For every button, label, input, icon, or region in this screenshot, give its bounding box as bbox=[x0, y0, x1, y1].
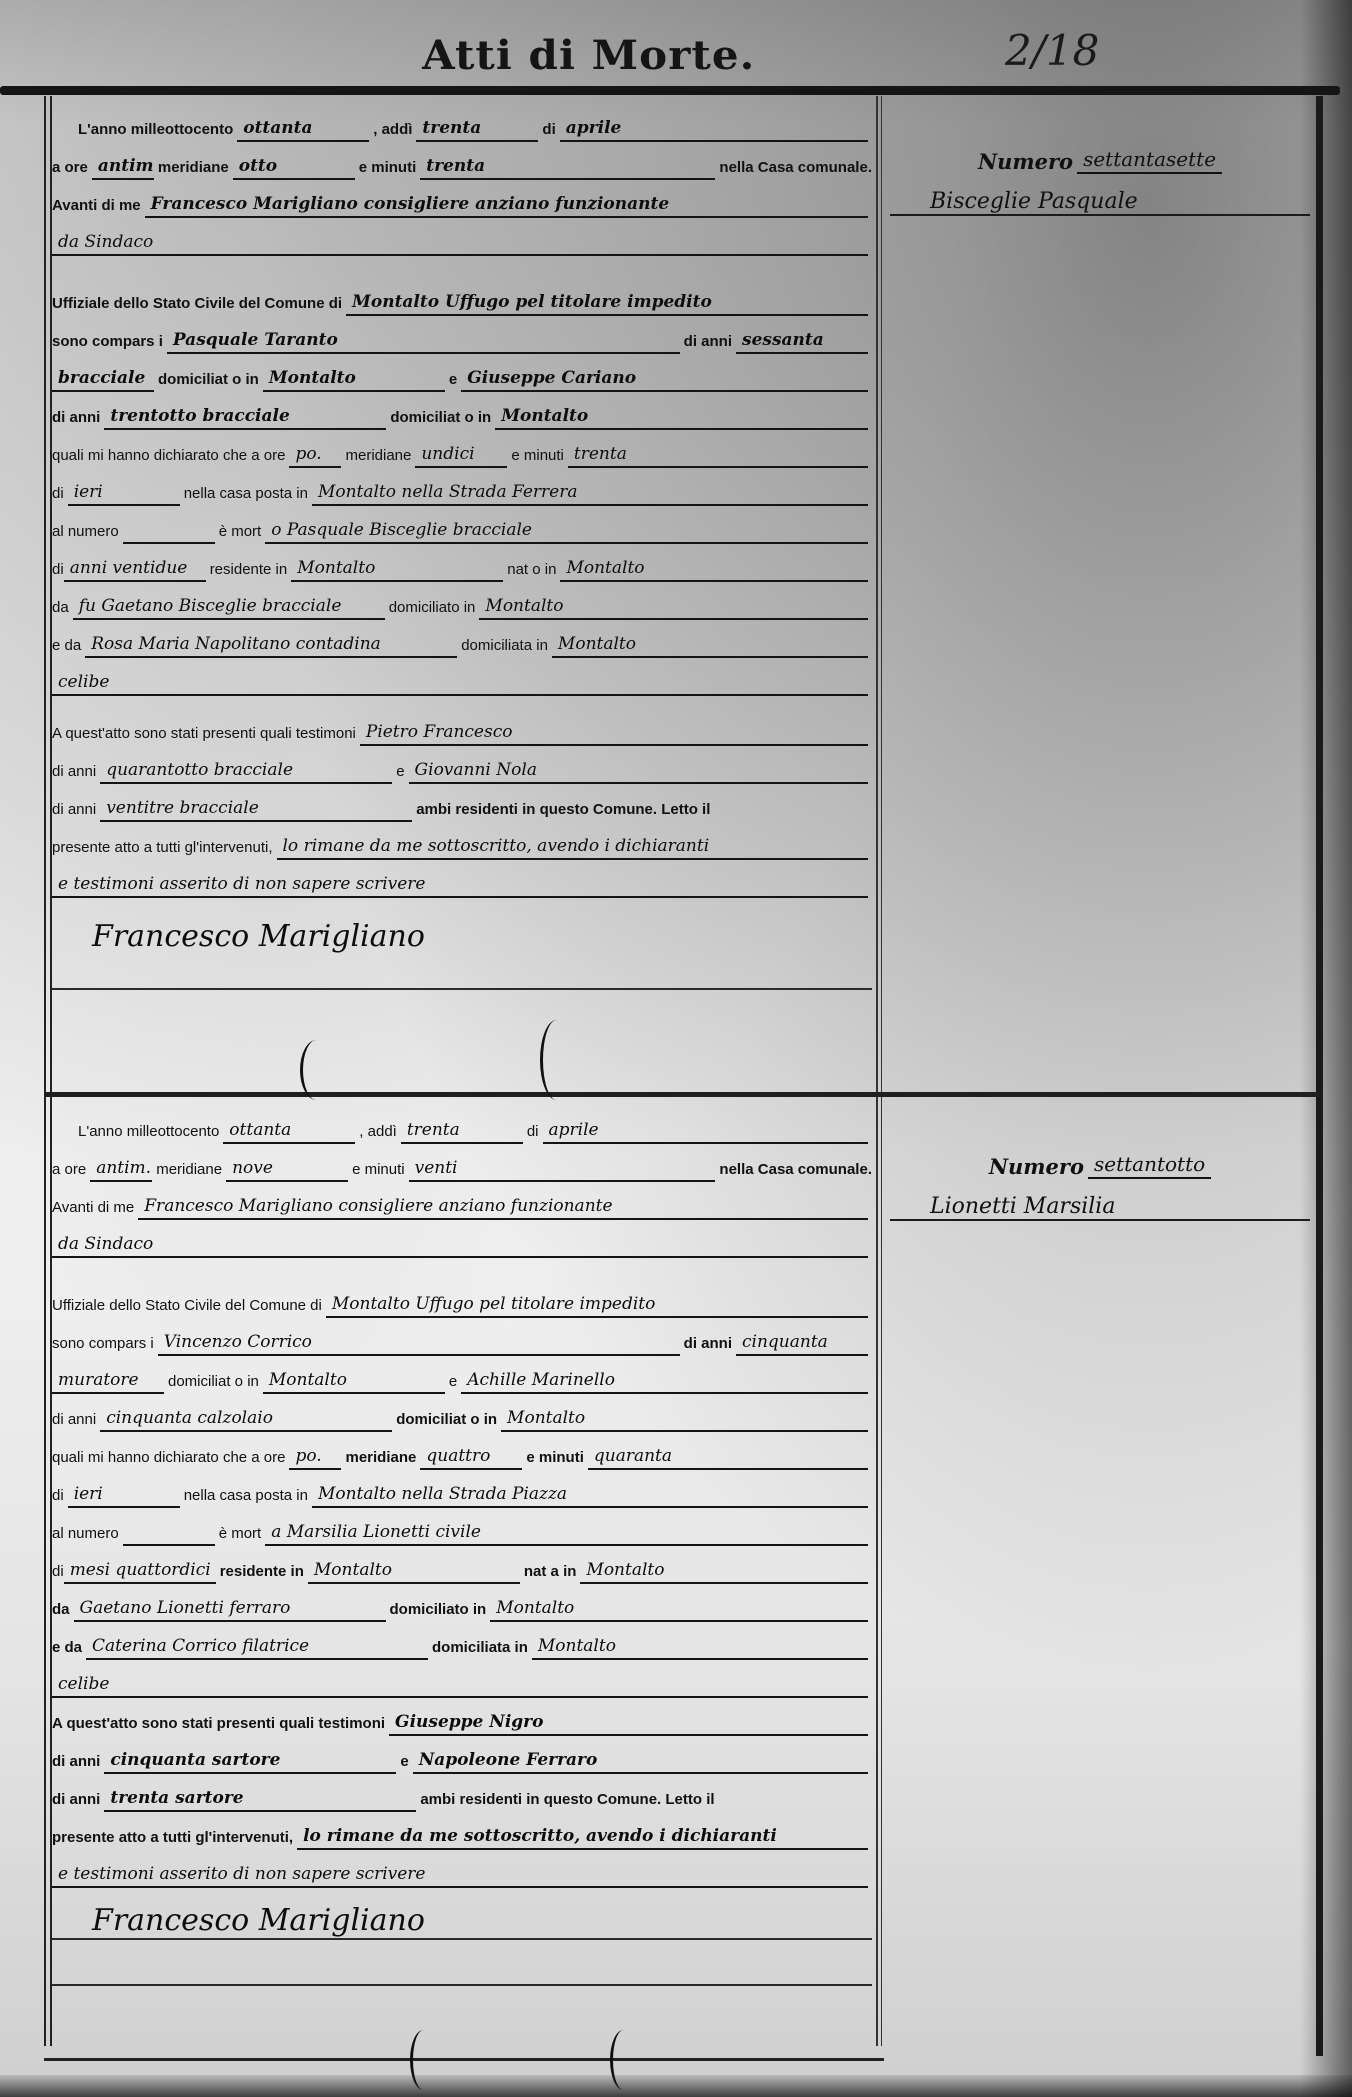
printed-text: domiciliat o in bbox=[396, 1411, 497, 1432]
field-declarant-2: Giuseppe Cariano bbox=[461, 368, 868, 392]
field-declarant-1: Pasquale Taranto bbox=[167, 330, 680, 354]
act-line-civil-status: celibe bbox=[52, 658, 872, 696]
act-line-father: da Gaetano Lionetti ferraro domiciliato … bbox=[52, 1584, 872, 1622]
field-witness-2: Giovanni Nola bbox=[409, 760, 868, 784]
act-line-mother: e da Rosa Maria Napolitano contadina dom… bbox=[52, 620, 872, 658]
printed-text: di anni bbox=[52, 763, 96, 784]
printed-text: di anni bbox=[52, 1791, 100, 1812]
field-declarant-1-occupation: muratore bbox=[52, 1370, 164, 1394]
printed-text: di bbox=[52, 561, 64, 582]
field-witness-2-age: trenta sartore bbox=[104, 1788, 416, 1812]
bottom-rule bbox=[44, 2058, 884, 2061]
field-death-minutes: quaranta bbox=[588, 1446, 868, 1470]
printed-text: Uffiziale dello Stato Civile del Comune … bbox=[52, 1297, 322, 1318]
act-line-officer-cont: da Sindaco bbox=[52, 218, 872, 256]
printed-text: e minuti bbox=[526, 1449, 584, 1470]
printed-text: nat a in bbox=[524, 1563, 577, 1584]
act-line-time: a ore antim. meridiane otto e minuti tre… bbox=[52, 142, 872, 180]
folio-number: 2/18 bbox=[1005, 26, 1099, 75]
act-line-signature: Francesco Marigliano bbox=[52, 1888, 872, 1940]
act-line-deceased-age: di anni ventidue residente in Montalto n… bbox=[52, 544, 872, 582]
field-witness-1: Giuseppe Nigro bbox=[389, 1712, 868, 1736]
printed-text: e minuti bbox=[352, 1161, 405, 1182]
act-line-father: da fu Gaetano Bisceglie bracciale domici… bbox=[52, 582, 872, 620]
field-civil-status: celibe bbox=[52, 672, 868, 696]
field-death-address: Montalto nella Strada Ferrera bbox=[312, 482, 868, 506]
field-declarant-1-age: sessanta bbox=[736, 330, 868, 354]
printed-text: quali mi hanno dichiarato che a ore bbox=[52, 1449, 285, 1470]
field-day: trenta bbox=[416, 118, 538, 142]
act-line-officer: Avanti di me Francesco Marigliano consig… bbox=[52, 1182, 872, 1220]
field-death-minutes: trenta bbox=[568, 444, 868, 468]
frame-column-divider bbox=[876, 96, 882, 2046]
act-line-declarant-2: di anni cinquanta calzolaio domiciliat o… bbox=[52, 1394, 872, 1432]
act-line-officer: Avanti di me Francesco Mariglianо consig… bbox=[52, 180, 872, 218]
act-line-witnesses: A quest'atto sono stati presenti quali t… bbox=[52, 708, 872, 746]
printed-text: e bbox=[396, 763, 404, 784]
numero-value: settantotto bbox=[1088, 1152, 1211, 1179]
officer-signature: Francesco Mariglianо bbox=[52, 919, 425, 954]
numero-label: Numero bbox=[978, 149, 1073, 174]
printed-text: quali mi hanno dichiarato che a ore bbox=[52, 447, 285, 468]
field-death-am-pm: po. bbox=[289, 444, 341, 468]
field-civil-status: celibe bbox=[52, 1674, 868, 1698]
act-line-witness-2-age: di anni trenta sartore ambi residenti in… bbox=[52, 1774, 872, 1812]
act-line-witness-1-age: di anni cinquanta sartore e Napoleone Fe… bbox=[52, 1736, 872, 1774]
act-line-witness-1-age: di anni quarantotto bracciale e Giovanni… bbox=[52, 746, 872, 784]
header-rule bbox=[0, 86, 1340, 95]
act-line-declarant-1: sono compars i Vincenzo Corrico di anni … bbox=[52, 1318, 872, 1356]
field-deceased-birthplace: Montalto bbox=[560, 558, 868, 582]
field-am-pm: antim. bbox=[92, 156, 154, 180]
printed-text: , addì bbox=[373, 121, 412, 142]
field-officer-role: da Sindaco bbox=[52, 232, 868, 256]
signature-flourish bbox=[540, 1020, 573, 1100]
field-death-day: ieri bbox=[68, 1484, 180, 1508]
act-line-declarant-2: di anni trentotto bracciale domiciliat o… bbox=[52, 392, 872, 430]
margin-numero: Numero settantotto bbox=[890, 1135, 1310, 1179]
act-line-witnesses: A quest'atto sono stati presenti quali t… bbox=[52, 1698, 872, 1736]
field-death-hour: quattro bbox=[420, 1446, 522, 1470]
field-father: Gaetano Lionetti ferraro bbox=[74, 1598, 386, 1622]
printed-text: nella Casa comunale. bbox=[719, 159, 872, 180]
field-closing-statement: lo rimane da me sottoscritto, avendo i d… bbox=[277, 836, 869, 860]
printed-text: domiciliat o in bbox=[168, 1373, 259, 1394]
field-death-hour: undici bbox=[415, 444, 507, 468]
printed-text: è mort bbox=[219, 1525, 262, 1546]
printed-text: e da bbox=[52, 637, 81, 658]
field-year: ottanta bbox=[237, 118, 369, 142]
field-officer-role: da Sindaco bbox=[52, 1234, 868, 1258]
printed-text: residente in bbox=[220, 1563, 304, 1584]
printed-text: nella casa posta in bbox=[184, 1487, 308, 1508]
act-line-reading: presente atto a tutti gl'intervenuti, lo… bbox=[52, 822, 872, 860]
printed-text: L'anno milleottocento bbox=[78, 121, 233, 142]
act-line-witness-2-age: di anni ventitre bracciale ambi resident… bbox=[52, 784, 872, 822]
printed-text: e bbox=[449, 371, 457, 392]
signature-rule bbox=[52, 954, 872, 990]
act-line-reading-cont: e testimoni asserito di non sapere scriv… bbox=[52, 1850, 872, 1888]
field-mother: Caterina Corrico filatrice bbox=[86, 1636, 428, 1660]
printed-text: Uffiziale dello Stato Civile del Comune … bbox=[52, 295, 342, 316]
printed-text: di anni bbox=[52, 409, 100, 430]
field-declarant-2-domicile: Montalto bbox=[501, 1408, 868, 1432]
printed-text: e minuti bbox=[359, 159, 417, 180]
field-father: fu Gaetano Bisceglie bracciale bbox=[73, 596, 385, 620]
field-deceased-age: mesi quattordici bbox=[64, 1560, 216, 1584]
printed-text: domiciliato in bbox=[389, 599, 476, 620]
act-line-time: a ore antim. meridiane nove e minuti ven… bbox=[52, 1144, 872, 1182]
act-line-declarant-1: sono compars i Pasquale Taranto di anni … bbox=[52, 316, 872, 354]
field-death-am-pm: po. bbox=[289, 1446, 341, 1470]
field-declarant-1-age: cinquanta bbox=[736, 1332, 868, 1356]
printed-text: meridiane bbox=[158, 159, 229, 180]
signature-flourish bbox=[610, 2030, 637, 2090]
printed-text: al numero bbox=[52, 523, 119, 544]
field-month: aprile bbox=[560, 118, 868, 142]
printed-text: e da bbox=[52, 1639, 82, 1660]
act-line-death-time: quali mi hanno dichiarato che a ore po. … bbox=[52, 430, 872, 468]
field-declarant-2-age: trentotto bracciale bbox=[104, 406, 386, 430]
field-closing-statement-cont: e testimoni asserito di non sapere scriv… bbox=[52, 1864, 868, 1888]
act-line-comune: Uffiziale dello Stato Civile del Comune … bbox=[52, 278, 872, 316]
printed-text: meridiane bbox=[156, 1161, 222, 1182]
act-line-reading-cont: e testimoni asserito di non sapere scriv… bbox=[52, 860, 872, 898]
field-closing-statement-cont: e testimoni asserito di non sapere scriv… bbox=[52, 874, 868, 898]
printed-text: di anni bbox=[684, 333, 732, 354]
field-officer: Francesco Mariglianо consigliere anziano… bbox=[145, 194, 868, 218]
field-comune: Montalto Uffugo pel titolare impedito bbox=[326, 1294, 868, 1318]
printed-text: nella Casa comunale. bbox=[719, 1161, 872, 1182]
act-line-deceased: al numero è mort o Pasquale Bisceglie br… bbox=[52, 506, 872, 544]
field-deceased-birthplace: Montalto bbox=[580, 1560, 868, 1584]
field-mother-domicile: Montalto bbox=[532, 1636, 868, 1660]
printed-text: e bbox=[400, 1753, 408, 1774]
margin-entry-2: Numero settantotto Lionetti Marsilia bbox=[890, 1135, 1310, 1221]
act-line-year: L'anno milleottocento ottanta , addì tre… bbox=[52, 104, 872, 142]
printed-text: di bbox=[52, 1563, 64, 1584]
margin-deceased-name: Lionetti Marsilia bbox=[890, 1179, 1310, 1221]
field-month: aprile bbox=[543, 1120, 868, 1144]
field-witness-2: Napoleone Ferraro bbox=[413, 1750, 868, 1774]
act-line-comune: Uffiziale dello Stato Civile del Comune … bbox=[52, 1280, 872, 1318]
printed-text: Avanti di me bbox=[52, 1199, 134, 1220]
act-line-declarant-1-domicile: muratore domiciliat o in Montalto e Achi… bbox=[52, 1356, 872, 1394]
printed-text: domiciliato in bbox=[390, 1601, 487, 1622]
printed-text: e minuti bbox=[511, 447, 564, 468]
printed-text: domiciliat o in bbox=[390, 409, 491, 430]
printed-text: presente atto a tutti gl'intervenuti, bbox=[52, 1829, 293, 1850]
act-divider bbox=[44, 1092, 1319, 1097]
printed-text: da bbox=[52, 1601, 70, 1622]
act-line-death-time: quali mi hanno dichiarato che a ore po. … bbox=[52, 1432, 872, 1470]
printed-text: ambi residenti in questo Comune. Letto i… bbox=[420, 1791, 714, 1812]
act-line-civil-status: celibe bbox=[52, 1660, 872, 1698]
field-witness-1-age: quarantotto bracciale bbox=[100, 760, 392, 784]
field-mother: Rosa Maria Napolitano contadina bbox=[85, 634, 457, 658]
printed-text: nella casa posta in bbox=[184, 485, 308, 506]
printed-text: a ore bbox=[52, 159, 88, 180]
printed-text: di anni bbox=[52, 801, 96, 822]
printed-text: di anni bbox=[52, 1753, 100, 1774]
act-line-deceased-age: di mesi quattordici residente in Montalt… bbox=[52, 1546, 872, 1584]
printed-text: di bbox=[52, 485, 64, 506]
printed-text: domiciliat o in bbox=[158, 371, 259, 392]
field-year: ottanta bbox=[223, 1120, 355, 1144]
act-line-death-place: di ieri nella casa posta in Montalto nel… bbox=[52, 1470, 872, 1508]
act-line-death-place: di ieri nella casa posta in Montalto nel… bbox=[52, 468, 872, 506]
frame-left-border bbox=[44, 96, 52, 2046]
field-father-domicile: Montalto bbox=[479, 596, 868, 620]
field-declarant-1: Vincenzo Corrico bbox=[158, 1332, 680, 1356]
printed-text: meridiane bbox=[345, 1449, 416, 1470]
act-line-year: L'anno milleottocento ottanta , addì tre… bbox=[52, 1106, 872, 1144]
field-declarant-2-age: cinquanta calzolaio bbox=[100, 1408, 392, 1432]
officer-signature: Francesco Marigliano bbox=[52, 1903, 425, 1938]
printed-text: e bbox=[449, 1373, 457, 1394]
field-deceased-residence: Montalto bbox=[291, 558, 503, 582]
numero-value: settantasette bbox=[1077, 147, 1222, 174]
field-hour: otto bbox=[233, 156, 355, 180]
death-act-2: L'anno milleottocento ottanta , addì tre… bbox=[52, 1106, 872, 1986]
act-line-declarant-1-domicile: bracciale domiciliat o in Montalto e Giu… bbox=[52, 354, 872, 392]
printed-text: di bbox=[52, 1487, 64, 1508]
margin-numero: Numero settantasette bbox=[890, 130, 1310, 174]
margin-entry-1: Numero settantasette Bisceglie Pasquale bbox=[890, 130, 1310, 216]
field-death-day: ieri bbox=[68, 482, 180, 506]
field-declarant-2-domicile: Montalto bbox=[495, 406, 868, 430]
field-day: trenta bbox=[401, 1120, 523, 1144]
field-am-pm: antim. bbox=[90, 1158, 152, 1182]
page-bottom-shadow bbox=[0, 2075, 1352, 2097]
numero-label: Numero bbox=[989, 1154, 1084, 1179]
printed-text: L'anno milleottocento bbox=[78, 1123, 219, 1144]
field-hour: nove bbox=[226, 1158, 348, 1182]
signature-rule bbox=[52, 1940, 872, 1986]
field-death-address: Montalto nella Strada Piazza bbox=[312, 1484, 868, 1508]
act-line-signature: Francesco Mariglianо bbox=[52, 898, 872, 954]
field-deceased-residence: Montalto bbox=[308, 1560, 520, 1584]
printed-text: sono compars i bbox=[52, 1335, 154, 1356]
act-line-officer-cont: da Sindaco bbox=[52, 1220, 872, 1258]
field-witness-1: Pietro Francesco bbox=[360, 722, 868, 746]
field-witness-2-age: ventitre bracciale bbox=[100, 798, 412, 822]
act-line-reading: presente atto a tutti gl'intervenuti, lo… bbox=[52, 1812, 872, 1850]
printed-text: residente in bbox=[210, 561, 288, 582]
printed-text: A quest'atto sono stati presenti quali t… bbox=[52, 725, 356, 746]
signature-flourish bbox=[410, 2030, 437, 2090]
printed-text: sono compars i bbox=[52, 333, 163, 354]
printed-text: meridiane bbox=[345, 447, 411, 468]
margin-deceased-name: Bisceglie Pasquale bbox=[890, 174, 1310, 216]
field-mother-domicile: Montalto bbox=[552, 634, 868, 658]
act-line-mother: e da Caterina Corrico filatrice domicili… bbox=[52, 1622, 872, 1660]
field-deceased-name: a Marsilia Lionetti civile bbox=[265, 1522, 868, 1546]
field-comune: Montalto Uffugo pel titolare impedito bbox=[346, 292, 868, 316]
printed-text: nat o in bbox=[507, 561, 556, 582]
printed-text: domiciliata in bbox=[432, 1639, 528, 1660]
act-line-deceased: al numero è mort a Marsilia Lionetti civ… bbox=[52, 1508, 872, 1546]
printed-text: di anni bbox=[684, 1335, 732, 1356]
page-edge-shadow bbox=[1300, 0, 1352, 2097]
printed-text: ambi residenti in questo Comune. Letto i… bbox=[416, 801, 710, 822]
printed-text: A quest'atto sono stati presenti quali t… bbox=[52, 1715, 385, 1736]
field-father-domicile: Montalto bbox=[490, 1598, 868, 1622]
printed-text: al numero bbox=[52, 1525, 119, 1546]
printed-text: da bbox=[52, 599, 69, 620]
field-declarant-1-domicile: Montalto bbox=[263, 1370, 445, 1394]
field-deceased-age: anni ventidue bbox=[64, 558, 206, 582]
field-minutes: venti bbox=[409, 1158, 716, 1182]
field-officer: Francesco Marigliano consigliere anziano… bbox=[138, 1196, 868, 1220]
field-witness-1-age: cinquanta sartore bbox=[104, 1750, 396, 1774]
death-act-1: L'anno milleottocento ottanta , addì tre… bbox=[52, 104, 872, 990]
printed-text: di bbox=[527, 1123, 539, 1144]
printed-text: , addì bbox=[359, 1123, 397, 1144]
printed-text: è mort bbox=[219, 523, 262, 544]
printed-text: di anni bbox=[52, 1411, 96, 1432]
field-declarant-1-occupation: bracciale bbox=[52, 368, 154, 392]
field-closing-statement: lo rimane da me sottoscritto, avendo i d… bbox=[297, 1826, 868, 1850]
page-title: Atti di Morte. bbox=[422, 32, 755, 79]
printed-text: Avanti di me bbox=[52, 197, 141, 218]
printed-text: presente atto a tutti gl'intervenuti, bbox=[52, 839, 273, 860]
printed-text: a ore bbox=[52, 1161, 86, 1182]
field-deceased-name: o Pasquale Bisceglie bracciale bbox=[265, 520, 868, 544]
field-declarant-2: Achille Marinello bbox=[461, 1370, 868, 1394]
field-minutes: trenta bbox=[420, 156, 715, 180]
signature-flourish bbox=[300, 1040, 333, 1100]
frame-right-border bbox=[1316, 96, 1323, 2056]
printed-text: di bbox=[542, 121, 555, 142]
printed-text: domiciliata in bbox=[461, 637, 548, 658]
field-declarant-1-domicile: Montalto bbox=[263, 368, 445, 392]
